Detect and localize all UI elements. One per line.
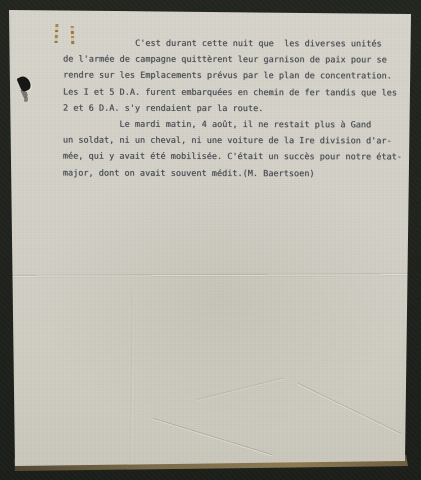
scan-background: C'est durant cette nuit que les diverses… — [0, 0, 421, 480]
fold-crease-diagonal — [297, 383, 401, 435]
typed-line: C'est durant cette nuit que les diverses… — [63, 36, 408, 53]
fold-crease-diagonal — [152, 418, 272, 456]
fold-crease-diagonal — [197, 377, 285, 401]
document-page: C'est durant cette nuit que les diverses… — [0, 0, 421, 480]
typed-line: Les I et 5 D.A. furent embarquées en che… — [63, 84, 408, 101]
typed-line: major, dont on avait souvent médit.(M. B… — [63, 165, 408, 182]
typed-line: Le mardi matin, 4 août, il ne restait pl… — [63, 117, 408, 134]
rust-stain — [55, 24, 59, 43]
typed-line: mée, qui y avait été mobilisée. C'était … — [63, 149, 408, 166]
fold-crease-vertical — [129, 290, 134, 466]
typed-line: 2 et 6 D.A. s'y rendaient par la route. — [63, 100, 408, 117]
fold-crease-horizontal — [10, 273, 408, 278]
paper-tear-hole — [16, 74, 32, 92]
typed-line: un soldat, ni un cheval, ni une voiture … — [63, 133, 408, 150]
typed-text-block: C'est durant cette nuit que les diverses… — [63, 36, 408, 183]
typed-line: de l'armée de campagne quittèrent leur g… — [63, 52, 408, 69]
paper-speck — [24, 97, 28, 102]
typed-line: rendre sur les Emplacements prévus par l… — [63, 68, 408, 85]
